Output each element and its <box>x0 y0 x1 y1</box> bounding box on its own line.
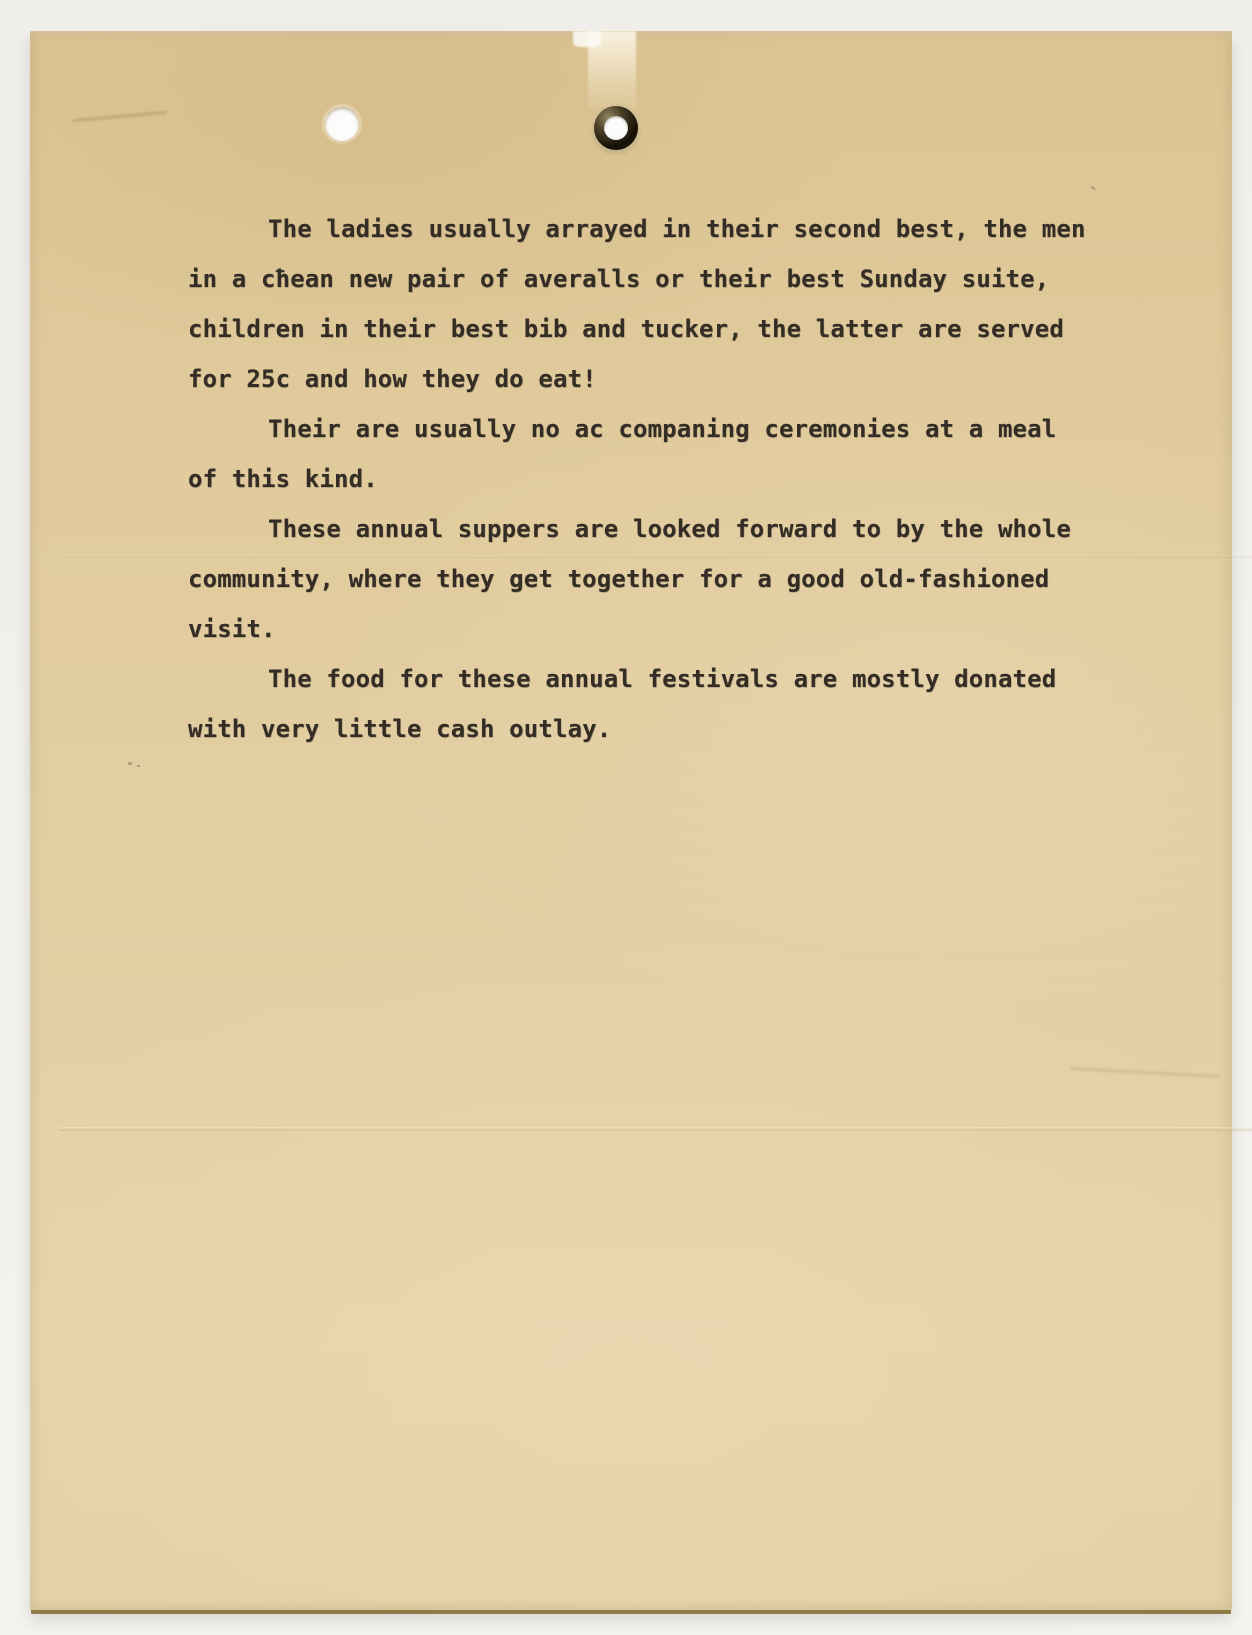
paper-fold-crease <box>60 1127 1252 1131</box>
typed-line: Their are usually no ac companing ceremo… <box>188 404 1168 454</box>
paper-tear-notch <box>573 31 601 47</box>
typed-line: The ladies usually arrayed in their seco… <box>188 204 1168 254</box>
typed-line: These annual suppers are looked forward … <box>188 504 1168 554</box>
typed-line: in a cħean new pair of averalls or their… <box>188 254 1168 304</box>
typed-line: community, where they get together for a… <box>188 554 1168 604</box>
typed-line: visit. <box>188 604 1168 654</box>
typed-line: children in their best bib and tucker, t… <box>188 304 1168 354</box>
typed-line: for 25c and how they do eat! <box>188 354 1168 404</box>
paper-speck <box>137 765 140 767</box>
paper-crease-top-left <box>72 111 167 122</box>
paper-speck <box>128 762 132 765</box>
grommet-eyelet <box>594 106 638 150</box>
paper-speck <box>1090 186 1096 191</box>
punch-hole <box>325 107 359 141</box>
typed-line: of this kind. <box>188 454 1168 504</box>
paper-crease-right <box>1070 1067 1220 1078</box>
typed-line: with very little cash outlay. <box>188 704 1168 754</box>
scan-background: The ladies usually arrayed in their seco… <box>0 0 1252 1635</box>
grommet-hole <box>604 116 628 140</box>
typed-line: The food for these annual festivals are … <box>188 654 1168 704</box>
typed-text-block: The ladies usually arrayed in their seco… <box>188 204 1168 754</box>
